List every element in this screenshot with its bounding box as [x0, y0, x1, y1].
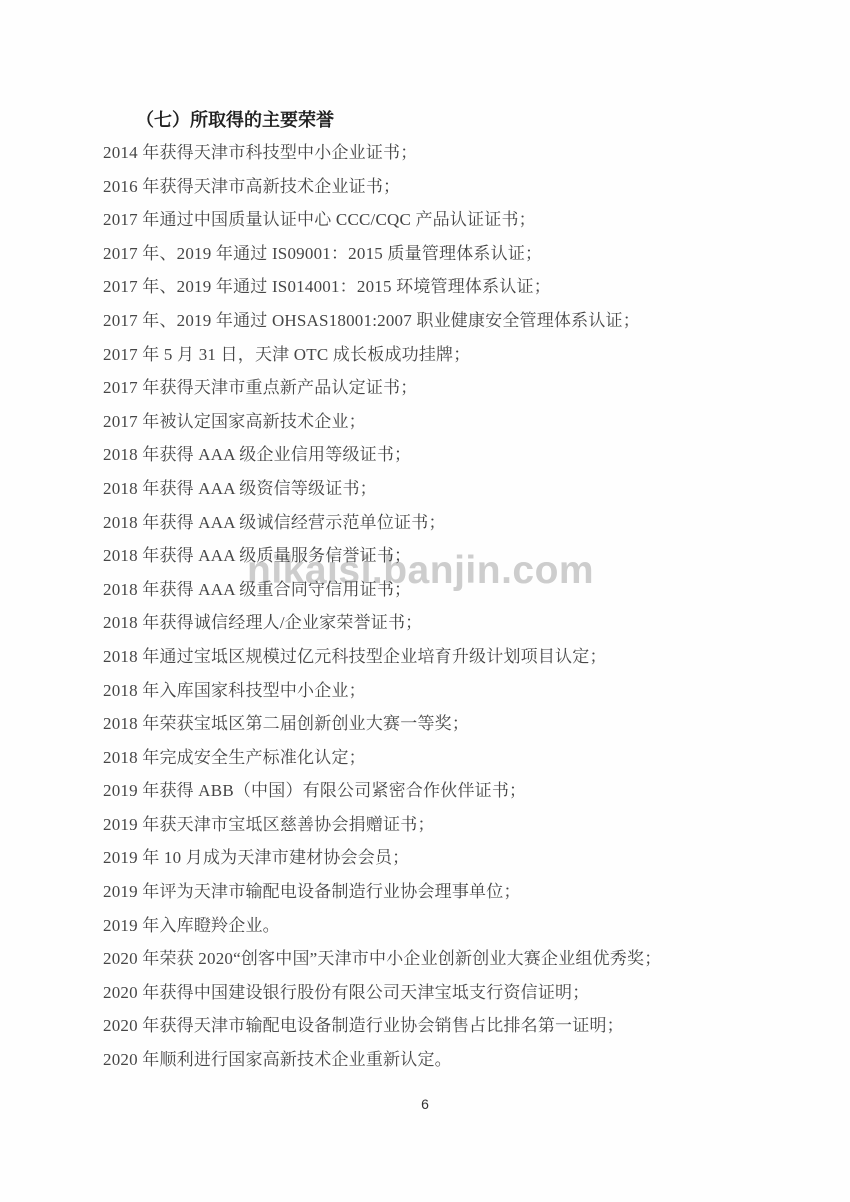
honor-line: 2018 年获得 AAA 级企业信用等级证书； [103, 438, 661, 472]
honor-line: 2018 年获得 AAA 级重合同守信用证书； [103, 573, 661, 607]
honor-line: 2017 年被认定国家高新技术企业； [103, 405, 661, 439]
honor-line: 2019 年入库瞪羚企业。 [103, 909, 661, 943]
section-heading: （七）所取得的主要荣誉 [136, 106, 334, 132]
honor-line: 2020 年顺利进行国家高新技术企业重新认定。 [103, 1043, 661, 1077]
honor-line: 2017 年获得天津市重点新产品认定证书； [103, 371, 661, 405]
honor-line: 2017 年、2019 年通过 OHSAS18001:2007 职业健康安全管理… [103, 304, 661, 338]
honor-line: 2019 年评为天津市输配电设备制造行业协会理事单位； [103, 875, 661, 909]
honor-line: 2019 年获天津市宝坻区慈善协会捐赠证书； [103, 808, 661, 842]
honor-line: 2018 年荣获宝坻区第二届创新创业大赛一等奖； [103, 707, 661, 741]
honor-line: 2017 年、2019 年通过 IS014001：2015 环境管理体系认证； [103, 270, 661, 304]
honor-line: 2020 年获得中国建设银行股份有限公司天津宝坻支行资信证明； [103, 976, 661, 1010]
honor-line: 2018 年获得诚信经理人/企业家荣誉证书； [103, 606, 661, 640]
honor-line: 2020 年荣获 2020“创客中国”天津市中小企业创新创业大赛企业组优秀奖； [103, 942, 661, 976]
honor-line: 2018 年获得 AAA 级资信等级证书； [103, 472, 661, 506]
honor-line: 2017 年 5 月 31 日，天津 OTC 成长板成功挂牌； [103, 338, 661, 372]
honor-line: 2016 年获得天津市高新技术企业证书； [103, 170, 661, 204]
honor-line: 2017 年、2019 年通过 IS09001：2015 质量管理体系认证； [103, 237, 661, 271]
honor-line: 2019 年获得 ABB（中国）有限公司紧密合作伙伴证书； [103, 774, 661, 808]
honor-line: 2018 年获得 AAA 级诚信经营示范单位证书； [103, 506, 661, 540]
honor-line: 2018 年完成安全生产标准化认定； [103, 741, 661, 775]
honor-line: 2017 年通过中国质量认证中心 CCC/CQC 产品认证证书； [103, 203, 661, 237]
honor-line: 2018 年获得 AAA 级质量服务信誉证书； [103, 539, 661, 573]
honor-line: 2018 年入库国家科技型中小企业； [103, 674, 661, 708]
honor-list: 2014 年获得天津市科技型中小企业证书； 2016 年获得天津市高新技术企业证… [103, 136, 661, 1077]
document-page: nikaisi.banjin.com （七）所取得的主要荣誉 2014 年获得天… [0, 0, 850, 1202]
honor-line: 2018 年通过宝坻区规模过亿元科技型企业培育升级计划项目认定； [103, 640, 661, 674]
honor-line: 2014 年获得天津市科技型中小企业证书； [103, 136, 661, 170]
honor-line: 2019 年 10 月成为天津市建材协会会员； [103, 841, 661, 875]
honor-line: 2020 年获得天津市输配电设备制造行业协会销售占比排名第一证明； [103, 1009, 661, 1043]
page-number: 6 [0, 1096, 850, 1112]
